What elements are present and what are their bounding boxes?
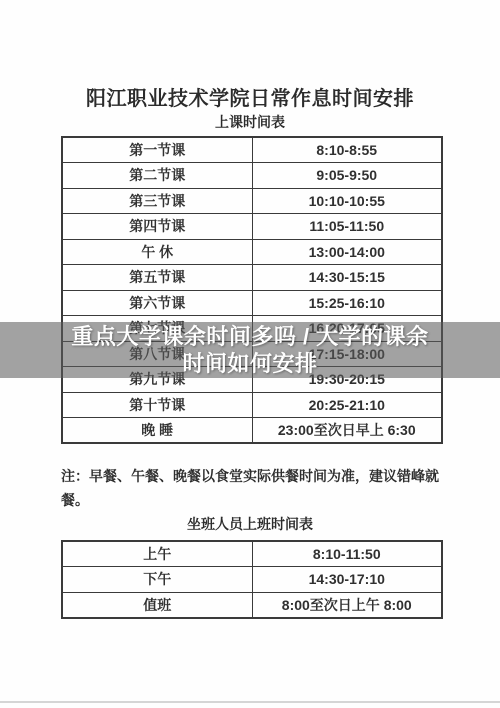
time-cell: 8:10-8:55 [252,137,442,163]
period-cell: 上午 [62,541,252,567]
time-cell: 14:30-17:10 [252,567,442,593]
table-row: 第十节课20:25-21:10 [62,392,442,418]
period-cell: 第十节课 [62,392,252,418]
work-table-caption: 坐班人员上班时间表 [0,514,500,534]
schedule-document: 阳江职业技术学院日常作息时间安排 上课时间表 第一节课8:10-8:55第二节课… [0,0,500,708]
period-cell: 第五节课 [62,265,252,291]
period-cell: 下午 [62,567,252,593]
period-cell: 值班 [62,592,252,618]
class-schedule-table: 第一节课8:10-8:55第二节课9:05-9:50第三节课10:10-10:5… [61,136,443,444]
time-cell: 9:05-9:50 [252,163,442,189]
table-row: 第四节课11:05-11:50 [62,214,442,240]
table-row: 第一节课8:10-8:55 [62,137,442,163]
time-cell: 14:30-15:15 [252,265,442,291]
watermark-overlay: 重点大学课余时间多吗 / 大学的课余 时间如何安排 [0,322,500,378]
period-cell: 晚 睡 [62,418,252,444]
table-row: 上午8:10-11:50 [62,541,442,567]
table-row: 下午14:30-17:10 [62,567,442,593]
time-cell: 8:10-11:50 [252,541,442,567]
table-row: 第五节课14:30-15:15 [62,265,442,291]
period-cell: 第四节课 [62,214,252,240]
footer-divider-line [0,701,500,703]
period-cell: 第二节课 [62,163,252,189]
table-row: 值班8:00至次日上午 8:00 [62,592,442,618]
watermark-text-line1: 重点大学课余时间多吗 / 大学的课余 [71,323,428,350]
class-table-caption: 上课时间表 [0,112,500,132]
meal-note-text: 注：早餐、午餐、晚餐以食堂实际供餐时间为准，建议错峰就餐。 [61,464,445,512]
table-row: 第六节课15:25-16:10 [62,290,442,316]
table-row: 第二节课9:05-9:50 [62,163,442,189]
table-row: 午 休13:00-14:00 [62,239,442,265]
period-cell: 第三节课 [62,188,252,214]
work-schedule-body: 上午8:10-11:50下午14:30-17:10值班8:00至次日上午 8:0… [62,541,442,618]
page-title: 阳江职业技术学院日常作息时间安排 [0,82,500,111]
period-cell: 第一节课 [62,137,252,163]
time-cell: 15:25-16:10 [252,290,442,316]
period-cell: 午 休 [62,239,252,265]
period-cell: 第六节课 [62,290,252,316]
table-row: 晚 睡23:00至次日早上 6:30 [62,418,442,444]
time-cell: 23:00至次日早上 6:30 [252,418,442,444]
watermark-text-line2: 时间如何安排 [182,350,317,377]
time-cell: 10:10-10:55 [252,188,442,214]
time-cell: 8:00至次日上午 8:00 [252,592,442,618]
class-schedule-body: 第一节课8:10-8:55第二节课9:05-9:50第三节课10:10-10:5… [62,137,442,443]
work-schedule-table: 上午8:10-11:50下午14:30-17:10值班8:00至次日上午 8:0… [61,540,443,619]
table-row: 第三节课10:10-10:55 [62,188,442,214]
time-cell: 20:25-21:10 [252,392,442,418]
time-cell: 13:00-14:00 [252,239,442,265]
time-cell: 11:05-11:50 [252,214,442,240]
